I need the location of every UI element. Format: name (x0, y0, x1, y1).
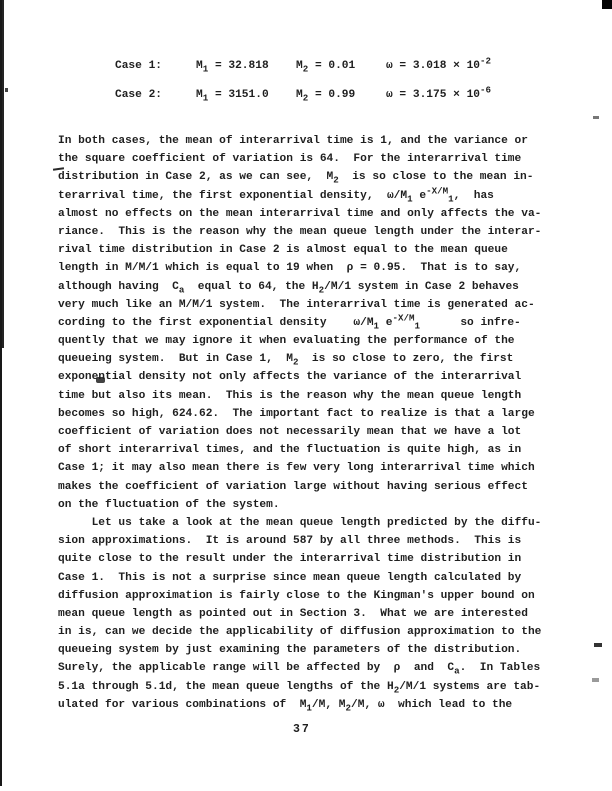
scan-speck (593, 116, 599, 119)
text-line: quite close to the result under the inte… (58, 550, 541, 568)
text-line: on the fluctuation of the system. (58, 496, 541, 514)
text-line: mean queue length as pointed out in Sect… (58, 605, 541, 623)
text-line: very much like an M/M/1 system. The inte… (58, 296, 541, 314)
text-line: makes the coefficient of variation large… (58, 478, 541, 496)
case-parameters: Case 1:M1 = 32.818M2 = 0.01ω = 3.018 × 1… (115, 60, 491, 117)
text-line: queueing system by just examining the pa… (58, 641, 541, 659)
text-line: sion approximations. It is around 587 by… (58, 532, 541, 550)
case-row: Case 2:M1 = 3151.0M2 = 0.99ω = 3.175 × 1… (115, 89, 491, 118)
text-line: distribution in Case 2, as we can see, M… (58, 168, 541, 186)
case-label: Case 1: (115, 60, 196, 72)
case-row: Case 1:M1 = 32.818M2 = 0.01ω = 3.018 × 1… (115, 60, 491, 89)
text-line: quently that we may ignore it when evalu… (58, 332, 541, 350)
text-line: exponential density not only affects the… (58, 368, 541, 386)
case-m2: M2 = 0.99 (296, 89, 386, 101)
text-line: coefficient of variation does not necess… (58, 423, 541, 441)
case-omega: ω = 3.175 × 10-6 (386, 89, 491, 101)
scan-corner-artifact (602, 0, 612, 9)
text-line: ulated for various combinations of M1/M,… (58, 696, 541, 714)
case-omega: ω = 3.018 × 10-2 (386, 60, 491, 72)
scan-speck (592, 678, 599, 682)
case-m1: M1 = 3151.0 (196, 89, 296, 101)
text-line: rival time distribution in Case 2 is alm… (58, 241, 541, 259)
text-line: in is, can we decide the applicability o… (58, 623, 541, 641)
text-line: of short interarrival times, and the flu… (58, 441, 541, 459)
scan-speck (594, 643, 602, 647)
text-line: riance. This is the reason why the mean … (58, 223, 541, 241)
text-line: Case 1; it may also mean there is few ve… (58, 459, 541, 477)
text-line: In both cases, the mean of interarrival … (58, 132, 541, 150)
case-m2: M2 = 0.01 (296, 60, 386, 72)
text-line: terarrival time, the first exponential d… (58, 187, 541, 205)
scan-edge-artifact (0, 0, 2, 786)
text-line: although having Ca equal to 64, the H2/M… (58, 278, 541, 296)
text-line: diffusion approximation is fairly close … (58, 587, 541, 605)
text-line: length in M/M/1 which is equal to 19 whe… (58, 259, 541, 277)
text-line: becomes so high, 624.62. The important f… (58, 405, 541, 423)
case-m1: M1 = 32.818 (196, 60, 296, 72)
page-number: 37 (293, 723, 311, 736)
text-line: Surely, the applicable range will be aff… (58, 659, 541, 677)
body-text: In both cases, the mean of interarrival … (58, 132, 541, 714)
text-line: cording to the first exponential density… (58, 314, 541, 332)
text-line: time but also its mean. This is the reas… (58, 387, 541, 405)
text-line: the square coefficient of variation is 6… (58, 150, 541, 168)
text-line: Case 1. This is not a surprise since mea… (58, 569, 541, 587)
text-line: 5.1a through 5.1d, the mean queue length… (58, 678, 541, 696)
text-line: queueing system. But in Case 1, M2 is so… (58, 350, 541, 368)
text-line: almost no effects on the mean interarriv… (58, 205, 541, 223)
document-page: Case 1:M1 = 32.818M2 = 0.01ω = 3.018 × 1… (0, 0, 612, 791)
text-line: Let us take a look at the mean queue len… (58, 514, 541, 532)
scan-speck (5, 88, 8, 92)
case-label: Case 2: (115, 89, 196, 101)
